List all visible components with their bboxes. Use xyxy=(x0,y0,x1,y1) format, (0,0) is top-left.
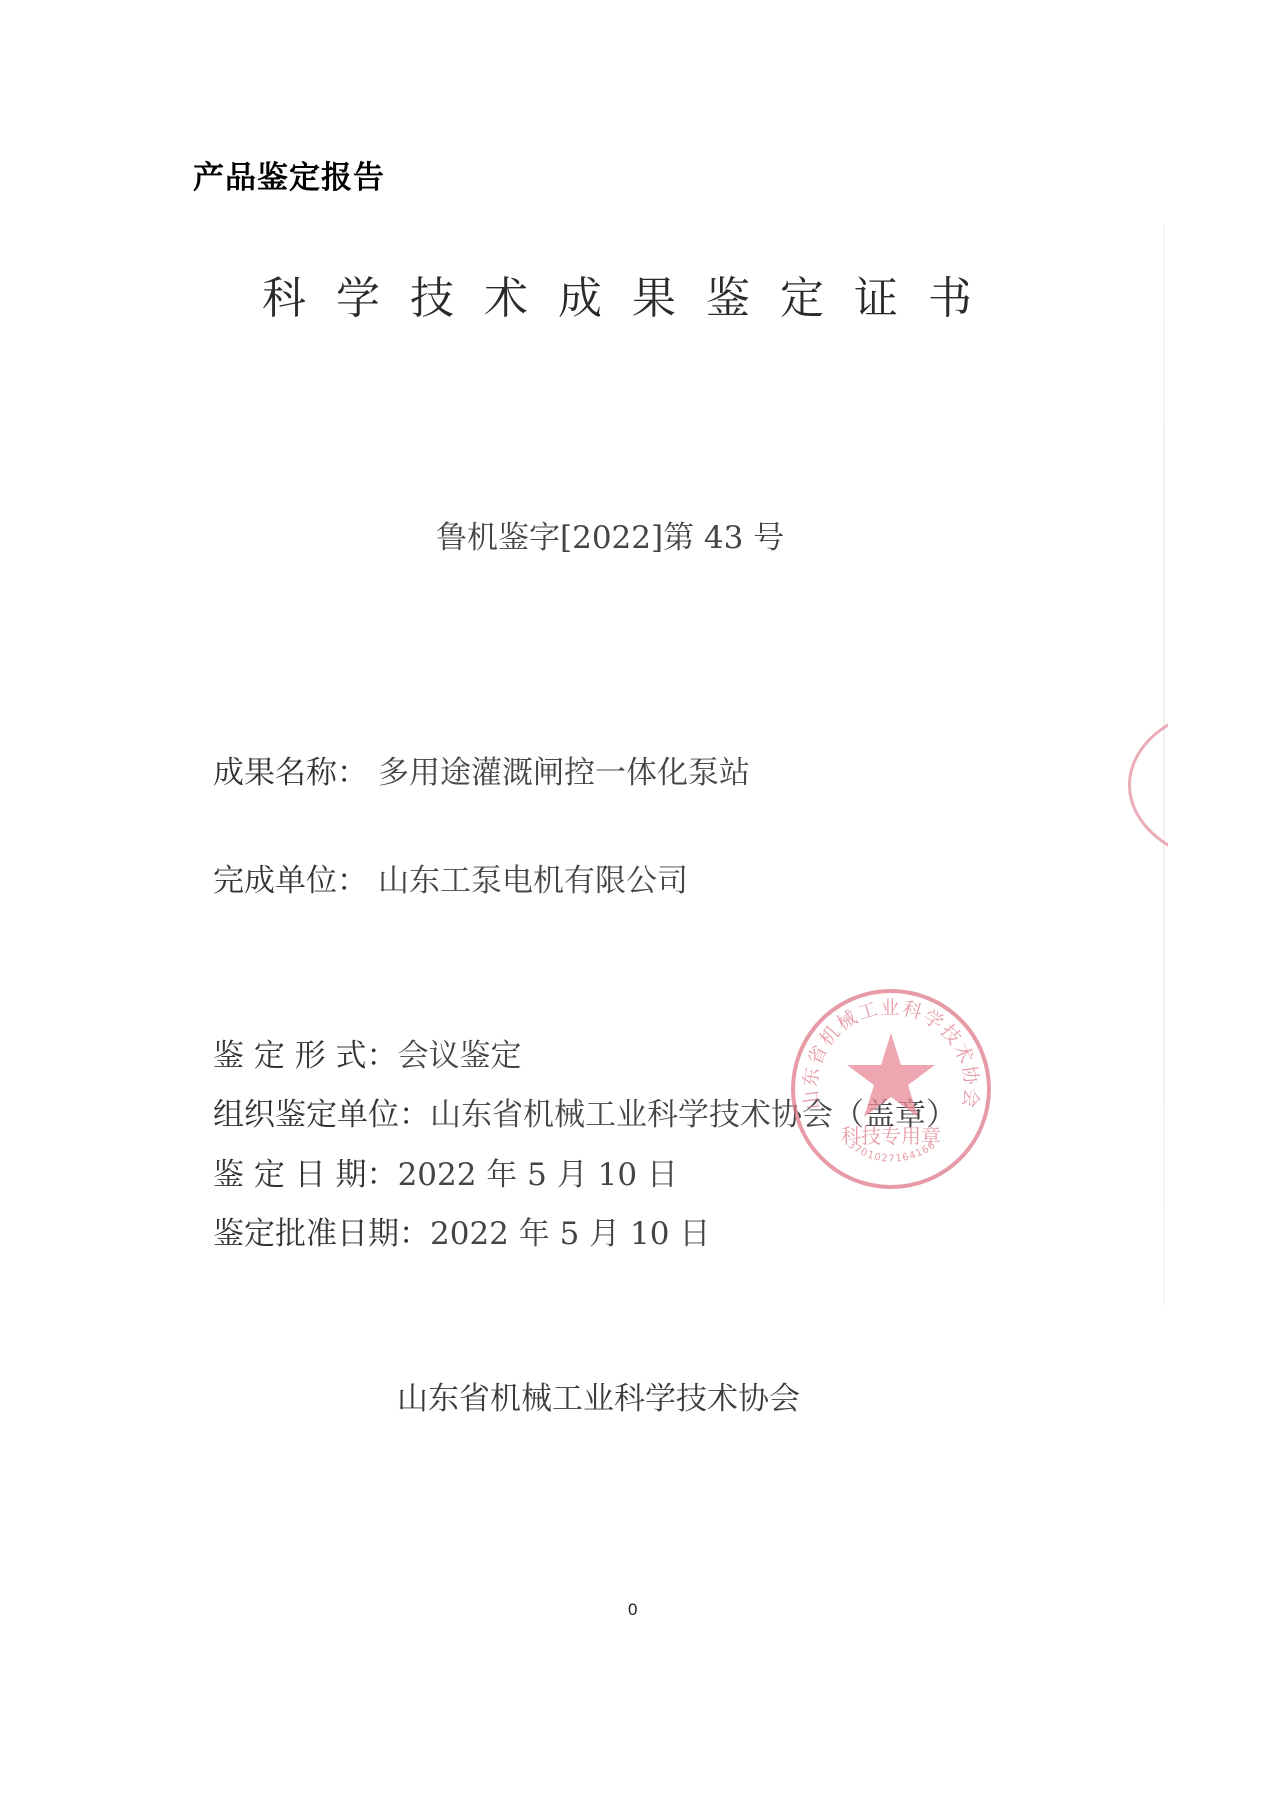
page-number: 0 xyxy=(628,1600,637,1620)
field-approval-date: 鉴定批准日期：2022 年 5 月 10 日 xyxy=(213,1208,710,1253)
field-value: 多用途灌溉闸控一体化泵站 xyxy=(378,755,750,791)
field-value: 山东工泵电机有限公司 xyxy=(378,863,688,899)
issuing-organization: 山东省机械工业科学技术协会 xyxy=(397,1373,800,1418)
field-label: 鉴 定 形 式： xyxy=(213,1038,398,1074)
field-value: 会议鉴定 xyxy=(398,1038,522,1074)
certificate-title: 科学技术成果鉴定证书 xyxy=(262,262,1002,326)
partial-seal xyxy=(1128,705,1168,865)
page-heading: 产品鉴定报告 xyxy=(193,152,385,197)
document-number: 鲁机鉴字[2022]第 43 号 xyxy=(436,512,784,557)
field-label: 鉴 定 日 期： xyxy=(213,1157,398,1193)
field-appraisal-form: 鉴 定 形 式：会议鉴定 xyxy=(213,1030,522,1075)
field-label: 组织鉴定单位： xyxy=(213,1097,430,1133)
field-achievement-name: 成果名称：多用途灌溉闸控一体化泵站 xyxy=(213,747,750,792)
field-value: 山东省机械工业科学技术协会（盖章） xyxy=(430,1097,957,1133)
field-label: 鉴定批准日期： xyxy=(213,1216,430,1252)
field-label: 成果名称： xyxy=(213,755,368,791)
seal-ring xyxy=(1128,705,1168,865)
field-value: 2022 年 5 月 10 日 xyxy=(430,1216,710,1252)
field-appraisal-date: 鉴 定 日 期：2022 年 5 月 10 日 xyxy=(213,1149,678,1194)
field-label: 完成单位： xyxy=(213,863,368,899)
field-organizing-unit: 组织鉴定单位：山东省机械工业科学技术协会（盖章） xyxy=(213,1089,957,1134)
field-value: 2022 年 5 月 10 日 xyxy=(398,1157,678,1193)
svg-text:3701027164166: 3701027164166 xyxy=(846,1139,939,1164)
field-completing-unit: 完成单位：山东工泵电机有限公司 xyxy=(213,855,688,900)
scanned-certificate: 科学技术成果鉴定证书 鲁机鉴字[2022]第 43 号 成果名称：多用途灌溉闸控… xyxy=(0,0,1268,1793)
